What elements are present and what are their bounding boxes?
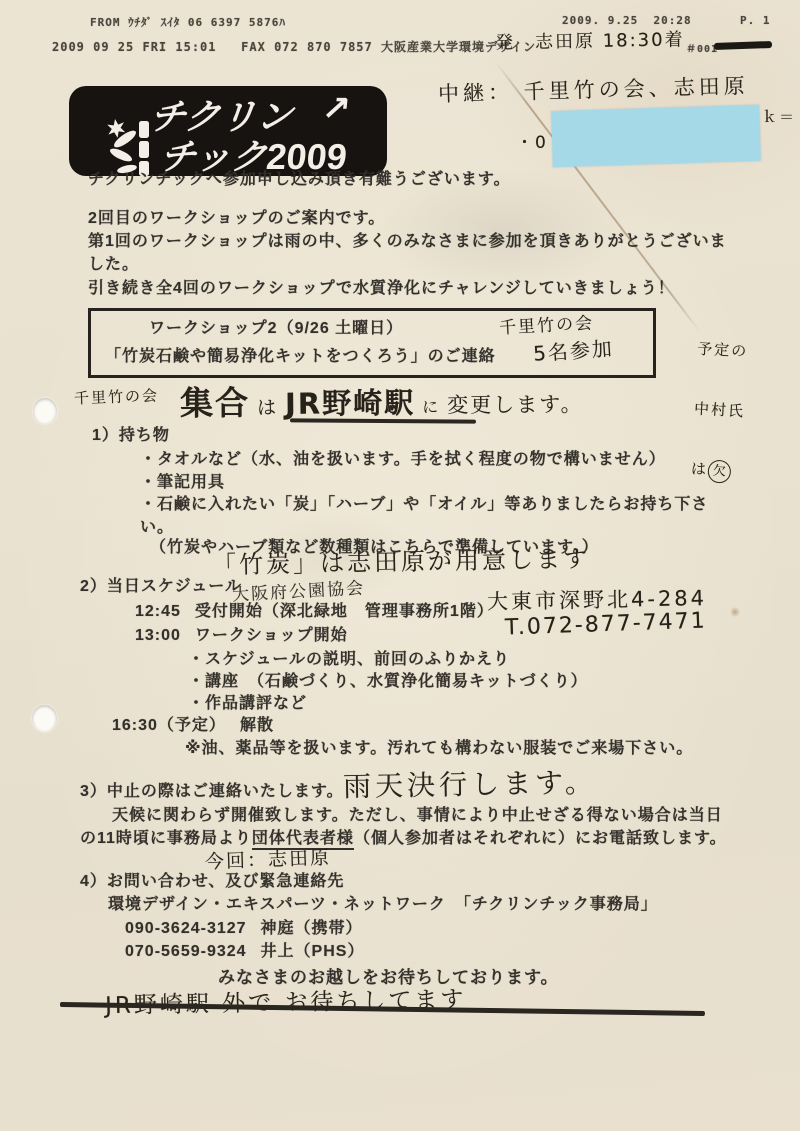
margin-note: 予定の 中村氏 は欠 — [688, 299, 751, 524]
schedule-row: ・スケジュールの説明、前回のふりかえり — [188, 648, 510, 671]
announcement-line: 集合 は JR野崎駅 に 変更します。 — [180, 374, 584, 425]
section3-heading: 3）中止の際はご連絡いたします。 — [80, 780, 344, 803]
rain-or-shine-note: 雨天決行します。 — [343, 761, 597, 805]
blue-redaction-overlay — [551, 105, 761, 168]
contact-row: 070-5659-9324井上（PHS） — [125, 940, 364, 963]
fax-from-line: FROM ｳﾁﾀﾞ ｽｲﾀ 06 6397 5876ﾊ — [90, 14, 286, 30]
section3-body1: 天候に関わらず開催致します。ただし、事情により中止せざる得ない場合は当日 — [112, 804, 723, 827]
margin-note-line1: 予定の — [697, 339, 749, 362]
schedule-text: ・スケジュールの説明、前回のふりかえり — [188, 651, 510, 668]
section1-item3: ・石鹸に入れたい「炭」「ハーブ」や「オイル」等ありましたらお持ち下さい。 — [140, 493, 725, 539]
footer-handwritten: JR野崎駅 外で お待ちしてます — [105, 981, 467, 1020]
chikurin-chick-logo: チクリン ↗ チック2009 — [70, 87, 386, 175]
section2-heading: 2）当日スケジュール — [80, 575, 242, 598]
contact-row: 090-3624-3127神庭（携帯） — [125, 917, 363, 940]
intro-line1: 2回目のワークショップのご案内です。 — [88, 207, 385, 230]
schedule-text: 受付開始（深北緑地 管理事務所1階） — [195, 603, 494, 620]
workshop-title: ワークショップ2（9/26 土曜日） — [149, 317, 403, 340]
margin-note-line2: 中村氏 — [694, 399, 746, 422]
announcement-word4: に — [422, 394, 440, 417]
announcement-prefix: 千里竹の会 — [74, 385, 160, 409]
phone-fragment: ・0 — [516, 128, 548, 153]
schedule-text: ・作品講評など — [188, 695, 307, 712]
intro-line3: 引き続き全4回のワークショップで水質浄化にチャレンジしていきましょう！ — [88, 277, 675, 300]
section3-body2-pre: の11時頃に事務局より — [80, 830, 252, 847]
workshop-subtitle: 「竹炭石鹸や簡易浄化キットをつくろう」のご連絡 — [105, 345, 496, 368]
thanks-line: チクリンチックへ参加申し込み頂き有難うございます。 — [88, 168, 511, 191]
schedule-text: ・講座 （石鹸づくり、水質浄化簡易キットづくり） — [188, 673, 588, 690]
schedule-row: 12:45受付開始（深北緑地 管理事務所1階） — [135, 600, 494, 623]
ink-scribble — [714, 41, 772, 50]
section3-body2-post: （個人参加者はそれぞれに）にお電話致します。 — [354, 830, 727, 847]
hole-punch-bottom — [32, 705, 57, 732]
fax-page-number: P. 1 — [740, 14, 771, 27]
redacted-fragment: ｋ＝ — [762, 106, 796, 127]
schedule-time: 13:00 — [135, 627, 181, 644]
section4-heading: 4）お問い合わせ、及び緊急連絡先 — [80, 870, 344, 893]
schedule-text: ワークショップ開始 — [195, 627, 348, 644]
fax-receive-line: 2009 09 25 FRI 15:01 FAX 072 870 7857 大阪… — [52, 38, 536, 55]
schedule-row: 13:00ワークショップ開始 — [135, 624, 348, 647]
contact-phone: 070-5659-9324 — [125, 943, 247, 960]
contact-phone: 090-3624-3127 — [125, 920, 247, 937]
relay-note: 中継： 千里竹の会、志田原 — [438, 70, 749, 108]
box-note-count: 5名参加 — [532, 332, 615, 367]
schedule-time: 16:30（予定） — [112, 717, 226, 734]
section2-caution: ※油、薬品等を扱います。汚れても構わない服装でご来場下さい。 — [185, 737, 700, 760]
schedule-row: ・講座 （石鹸づくり、水質浄化簡易キットづくり） — [188, 670, 588, 693]
schedule-text: 解散 — [240, 717, 274, 734]
schedule-time: 12:45 — [135, 603, 181, 620]
workshop-announcement-box: ワークショップ2（9/26 土曜日） 「竹炭石鹸や簡易浄化キットをつくろう」のご… — [88, 308, 656, 378]
section1-item2: ・筆記用具 — [140, 471, 225, 494]
section1-heading: 1）持ち物 — [92, 424, 170, 447]
section4-org: 環境デザイン・エキスパーツ・ネットワーク 「チクリンチック事務局」 — [108, 893, 658, 916]
announcement-word5: 変更します。 — [447, 388, 584, 419]
section3-body2: の11時頃に事務局より団体代表者様（個人参加者はそれぞれに）にお電話致します。 — [80, 827, 727, 850]
scanned-fax-page: FROM ｳﾁﾀﾞ ｽｲﾀ 06 6397 5876ﾊ 2009. 9.25 2… — [0, 0, 800, 1131]
contact-name: 井上（PHS） — [261, 943, 365, 960]
schedule-row: ・作品講評など — [188, 692, 307, 715]
circled-character: 欠 — [707, 459, 731, 483]
charcoal-note: 「竹炭」は志田原が用意します — [212, 539, 591, 581]
logo-arrow-icon: ↗ — [320, 89, 353, 129]
contact-name: 神庭（携帯） — [261, 920, 363, 937]
margin-note-line3: は欠 — [690, 459, 742, 485]
announcement-word1: 集合 — [180, 377, 250, 425]
fax-handwritten-note: 発 志田原 18:30着 — [495, 25, 685, 54]
schedule-row: 16:30（予定）解散 — [112, 714, 274, 737]
section1-item1: ・タオルなど（水、油を扱います。手を拭く程度の物で構いません） — [140, 448, 666, 471]
intro-line2: 第1回のワークショップは雨の中、多くのみなさまに参加を頂きありがとうございました… — [88, 230, 733, 276]
announcement-word2: は — [257, 393, 278, 420]
hole-punch-top — [33, 398, 57, 424]
announcement-word3: JR野崎駅 — [285, 381, 415, 423]
